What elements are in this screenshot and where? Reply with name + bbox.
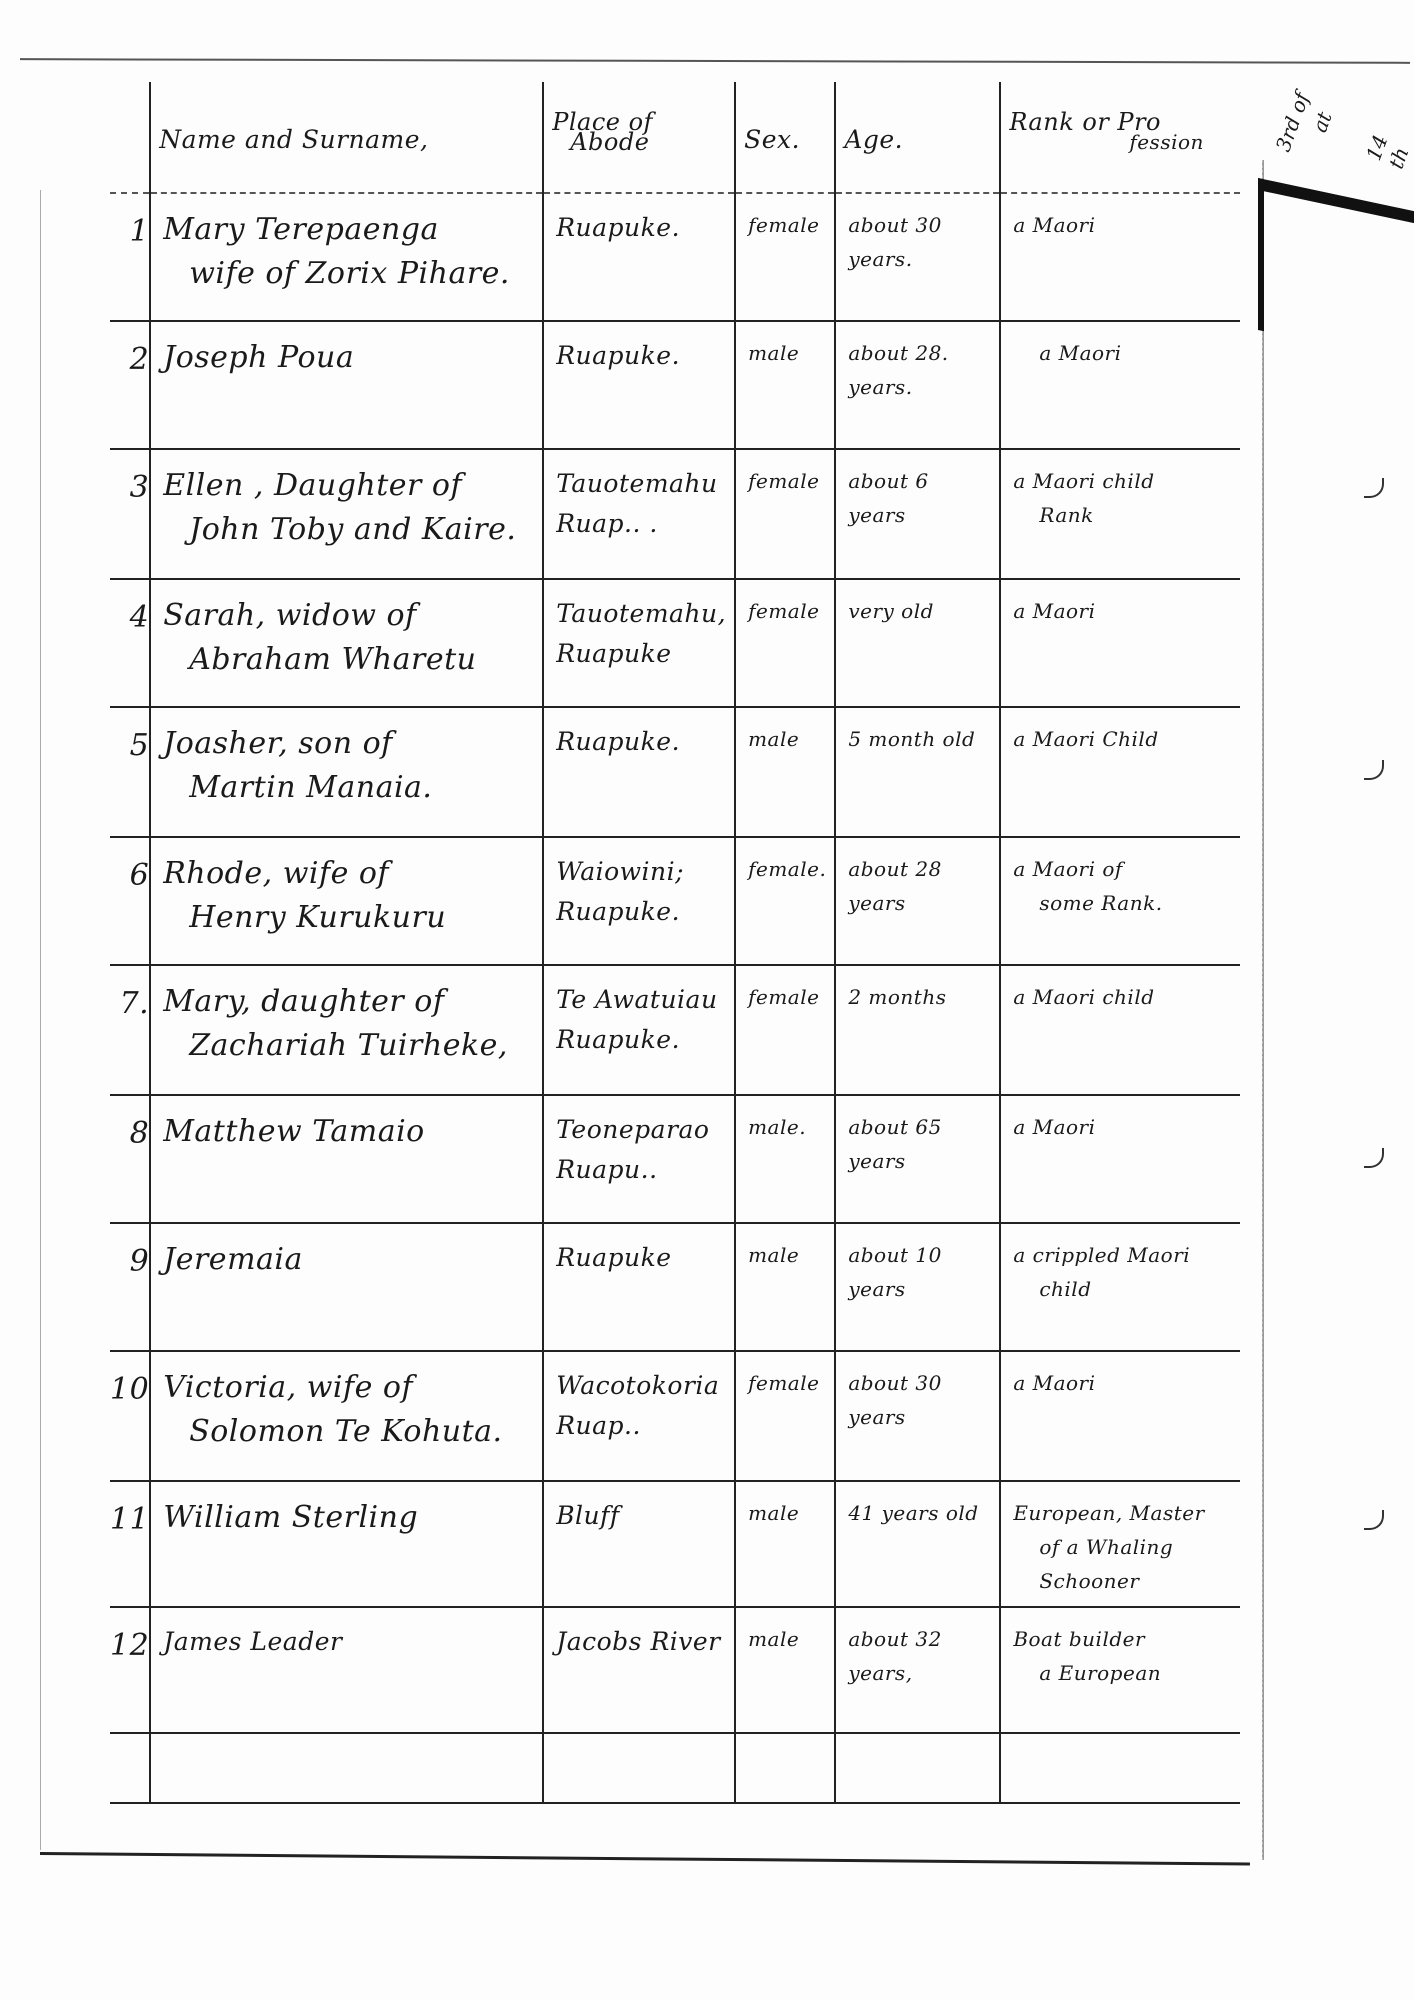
rank-line1: a Maori bbox=[1013, 1115, 1095, 1139]
rank-cell bbox=[1000, 1733, 1240, 1803]
age-line1: about 10 years bbox=[848, 1243, 942, 1301]
name-line1: Rhode, wife of bbox=[163, 856, 389, 891]
binding-hole-mark bbox=[1364, 1148, 1384, 1168]
sex-cell: male bbox=[735, 1481, 835, 1607]
age-cell bbox=[835, 1733, 1000, 1803]
name-line1: Joasher, son of bbox=[163, 726, 393, 761]
age-line1: 2 months bbox=[848, 985, 946, 1009]
name-line2: Henry Kurukuru bbox=[163, 896, 534, 940]
abode-cell: Bluff bbox=[543, 1481, 735, 1607]
age-cell: about 30 years bbox=[835, 1351, 1000, 1481]
rank-cell: European, Masterof a Whaling Schooner bbox=[1000, 1481, 1240, 1607]
rank-line2: child bbox=[1013, 1272, 1232, 1306]
age-line2: years. bbox=[848, 370, 991, 404]
rank-cell: a Maori bbox=[1000, 193, 1240, 321]
document-page: 3rd of at 14 th Name and Surname, Place … bbox=[0, 0, 1414, 2000]
name-line1: Victoria, wife of bbox=[163, 1370, 413, 1405]
age-cell: 2 months bbox=[835, 965, 1000, 1095]
table-row: 4Sarah, widow ofAbraham WharetuTauotemah… bbox=[110, 579, 1240, 707]
abode-cell: Ruapuke bbox=[543, 1223, 735, 1351]
abode-line1: Teoneparao bbox=[556, 1115, 709, 1144]
age-line1: about 6 years bbox=[848, 469, 928, 527]
name-cell: Rhode, wife ofHenry Kurukuru bbox=[150, 837, 543, 965]
name-line2: Abraham Wharetu bbox=[163, 638, 534, 682]
row-number-cell: 1 bbox=[110, 193, 150, 321]
header-rank: Rank or Profession bbox=[1000, 82, 1240, 193]
row-number-cell: 3 bbox=[110, 449, 150, 579]
age-cell: about 32 years, bbox=[835, 1607, 1000, 1733]
name-cell: James Leader bbox=[150, 1607, 543, 1733]
rank-line1: European, Master bbox=[1013, 1501, 1204, 1525]
abode-cell: Ruapuke. bbox=[543, 193, 735, 321]
sex-cell: male bbox=[735, 1607, 835, 1733]
sex-cell: female. bbox=[735, 837, 835, 965]
binding-hole-mark bbox=[1364, 1510, 1384, 1530]
age-cell: 5 month old bbox=[835, 707, 1000, 837]
abode-cell: Ruapuke. bbox=[543, 707, 735, 837]
name-cell: Mary Terepaengawife of Zorix Pihare. bbox=[150, 193, 543, 321]
rank-line1: a Maori child bbox=[1013, 469, 1154, 493]
abode-line2: Ruap.. bbox=[556, 1406, 726, 1446]
age-cell: about 28 years bbox=[835, 837, 1000, 965]
binding-hole-mark bbox=[1364, 478, 1384, 498]
header-age: Age. bbox=[835, 82, 1000, 193]
name-line2: Martin Manaia. bbox=[163, 766, 534, 810]
rank-cell: a Maori child bbox=[1000, 965, 1240, 1095]
table-row bbox=[110, 1733, 1240, 1803]
header-name: Name and Surname, bbox=[150, 82, 543, 193]
table-row: 1Mary Terepaengawife of Zorix Pihare.Rua… bbox=[110, 193, 1240, 321]
rank-line1: a Maori child bbox=[1013, 985, 1154, 1009]
abode-cell: Jacobs River bbox=[543, 1607, 735, 1733]
abode-line1: Wacotokoria bbox=[556, 1371, 719, 1400]
header-abode: Place ofAbode bbox=[543, 82, 735, 193]
name-cell: William Sterling bbox=[150, 1481, 543, 1607]
age-line1: about 30 bbox=[848, 213, 942, 237]
register-table: Name and Surname, Place ofAbode Sex. Age… bbox=[110, 82, 1240, 1804]
row-number-cell: 4 bbox=[110, 579, 150, 707]
top-rule bbox=[20, 58, 1410, 64]
folded-corner-mark bbox=[1258, 178, 1414, 365]
row-number-cell: 2 bbox=[110, 321, 150, 449]
abode-line2: Ruapuke. bbox=[556, 892, 726, 932]
abode-line1: Ruapuke bbox=[556, 1243, 671, 1272]
row-number-cell: 8 bbox=[110, 1095, 150, 1223]
name-line1: Ellen , Daughter of bbox=[163, 468, 462, 503]
table-row: 11William SterlingBluffmale41 years oldE… bbox=[110, 1481, 1240, 1607]
table-row: 3Ellen , Daughter ofJohn Toby and Kaire.… bbox=[110, 449, 1240, 579]
name-line2: Solomon Te Kohuta. bbox=[163, 1410, 534, 1454]
abode-line2: Ruapuke. bbox=[556, 1020, 726, 1060]
sex-cell: male bbox=[735, 1223, 835, 1351]
name-line1: Jeremaia bbox=[163, 1242, 303, 1277]
name-line1: Matthew Tamaio bbox=[163, 1114, 425, 1149]
abode-line1: Tauotemahu, bbox=[556, 599, 726, 628]
abode-line2: Ruapuke bbox=[556, 634, 726, 674]
name-cell: Matthew Tamaio bbox=[150, 1095, 543, 1223]
rank-line2: a Maori bbox=[1013, 336, 1232, 370]
abode-cell: Waiowini;Ruapuke. bbox=[543, 837, 735, 965]
margin-note: 3rd of at 14 th bbox=[1262, 70, 1412, 180]
name-cell: Victoria, wife ofSolomon Te Kohuta. bbox=[150, 1351, 543, 1481]
abode-line1: Te Awatuiau bbox=[556, 985, 717, 1014]
rank-cell: a Maori bbox=[1000, 321, 1240, 449]
name-line1: Mary, daughter of bbox=[163, 984, 444, 1019]
age-cell: very old bbox=[835, 579, 1000, 707]
age-cell: about 10 years bbox=[835, 1223, 1000, 1351]
row-number-cell: 5 bbox=[110, 707, 150, 837]
left-edge-line bbox=[40, 190, 41, 1850]
rank-cell: a Maori bbox=[1000, 1095, 1240, 1223]
abode-cell: WacotokoriaRuap.. bbox=[543, 1351, 735, 1481]
name-line1: William Sterling bbox=[163, 1500, 418, 1535]
name-line1: James Leader bbox=[163, 1627, 342, 1656]
row-number-cell: 11 bbox=[110, 1481, 150, 1607]
name-line2: wife of Zorix Pihare. bbox=[163, 252, 534, 296]
rank-line1: a Maori of bbox=[1013, 857, 1122, 881]
age-cell: about 30years. bbox=[835, 193, 1000, 321]
header-no bbox=[110, 82, 150, 193]
name-line1: Joseph Poua bbox=[163, 340, 354, 375]
table-row: 9JeremaiaRuapukemaleabout 10 yearsa crip… bbox=[110, 1223, 1240, 1351]
age-cell: about 28.years. bbox=[835, 321, 1000, 449]
header-row: Name and Surname, Place ofAbode Sex. Age… bbox=[110, 82, 1240, 193]
name-line2: Zachariah Tuirheke, bbox=[163, 1024, 534, 1068]
age-line1: about 32 years, bbox=[848, 1627, 942, 1685]
age-cell: about 6 years bbox=[835, 449, 1000, 579]
margin-note-line2: at bbox=[1307, 109, 1336, 136]
abode-line1: Bluff bbox=[556, 1501, 619, 1530]
abode-line1: Waiowini; bbox=[556, 857, 684, 886]
table-row: 12James LeaderJacobs Rivermaleabout 32 y… bbox=[110, 1607, 1240, 1733]
name-line1: Sarah, widow of bbox=[163, 598, 416, 633]
rank-cell: a Maori bbox=[1000, 579, 1240, 707]
age-line1: about 28. bbox=[848, 341, 948, 365]
abode-cell bbox=[543, 1733, 735, 1803]
sex-cell: female bbox=[735, 579, 835, 707]
rank-cell: a Maori Child bbox=[1000, 707, 1240, 837]
table-row: 5Joasher, son ofMartin Manaia.Ruapuke.ma… bbox=[110, 707, 1240, 837]
rank-cell: a Maori childRank bbox=[1000, 449, 1240, 579]
binding-hole-mark bbox=[1364, 760, 1384, 780]
table-row: 8Matthew TamaioTeoneparaoRuapu..male.abo… bbox=[110, 1095, 1240, 1223]
name-cell: Ellen , Daughter ofJohn Toby and Kaire. bbox=[150, 449, 543, 579]
age-line1: about 30 years bbox=[848, 1371, 942, 1429]
row-number-cell: 6 bbox=[110, 837, 150, 965]
row-number-cell: 7. bbox=[110, 965, 150, 1095]
table-row: 6Rhode, wife ofHenry KurukuruWaiowini;Ru… bbox=[110, 837, 1240, 965]
name-line1: Mary Terepaenga bbox=[163, 212, 439, 247]
abode-cell: Tauotemahu,Ruapuke bbox=[543, 579, 735, 707]
age-line1: very old bbox=[848, 599, 934, 623]
table-row: 10Victoria, wife ofSolomon Te Kohuta.Wac… bbox=[110, 1351, 1240, 1481]
abode-line1: Tauotemahu bbox=[556, 469, 717, 498]
abode-line1: Ruapuke. bbox=[556, 213, 680, 242]
rank-line2: of a Whaling Schooner bbox=[1013, 1530, 1232, 1598]
abode-line1: Ruapuke. bbox=[556, 341, 680, 370]
name-cell bbox=[150, 1733, 543, 1803]
age-line2: years. bbox=[848, 242, 991, 276]
table-row: 7.Mary, daughter ofZachariah Tuirheke,Te… bbox=[110, 965, 1240, 1095]
age-line1: about 28 years bbox=[848, 857, 942, 915]
abode-cell: Te AwatuiauRuapuke. bbox=[543, 965, 735, 1095]
name-cell: Joasher, son ofMartin Manaia. bbox=[150, 707, 543, 837]
abode-cell: Ruapuke. bbox=[543, 321, 735, 449]
row-number-cell bbox=[110, 1733, 150, 1803]
bottom-rule bbox=[40, 1852, 1250, 1866]
rank-cell: a crippled Maorichild bbox=[1000, 1223, 1240, 1351]
sex-cell: female bbox=[735, 965, 835, 1095]
rank-cell: a Maori ofsome Rank. bbox=[1000, 837, 1240, 965]
age-line1: 5 month old bbox=[848, 727, 975, 751]
rank-line1: a Maori bbox=[1013, 213, 1095, 237]
rank-line1: a crippled Maori bbox=[1013, 1243, 1190, 1267]
age-cell: about 65 years bbox=[835, 1095, 1000, 1223]
right-edge-line bbox=[1262, 160, 1264, 1860]
rank-cell: a Maori bbox=[1000, 1351, 1240, 1481]
sex-cell: male bbox=[735, 321, 835, 449]
name-cell: Joseph Poua bbox=[150, 321, 543, 449]
sex-cell: female bbox=[735, 1351, 835, 1481]
rank-line2: some Rank. bbox=[1013, 886, 1232, 920]
table-row: 2Joseph PouaRuapuke.maleabout 28.years.a… bbox=[110, 321, 1240, 449]
row-number-cell: 10 bbox=[110, 1351, 150, 1481]
age-line1: 41 years old bbox=[848, 1501, 978, 1525]
sex-cell: female bbox=[735, 449, 835, 579]
abode-cell: TauotemahuRuap.. . bbox=[543, 449, 735, 579]
header-sex: Sex. bbox=[735, 82, 835, 193]
name-cell: Mary, daughter ofZachariah Tuirheke, bbox=[150, 965, 543, 1095]
name-line2: John Toby and Kaire. bbox=[163, 508, 534, 552]
sex-cell: female bbox=[735, 193, 835, 321]
name-cell: Jeremaia bbox=[150, 1223, 543, 1351]
rank-line2: a European bbox=[1013, 1656, 1232, 1690]
rank-line1: a Maori bbox=[1013, 1371, 1095, 1395]
sex-cell: male bbox=[735, 707, 835, 837]
rank-line1: Boat builder bbox=[1013, 1627, 1145, 1651]
age-line1: about 65 years bbox=[848, 1115, 942, 1173]
sex-cell: male. bbox=[735, 1095, 835, 1223]
rank-line1: a Maori Child bbox=[1013, 727, 1158, 751]
abode-line1: Jacobs River bbox=[556, 1627, 720, 1656]
margin-note-line1: 3rd of bbox=[1271, 89, 1314, 154]
name-cell: Sarah, widow ofAbraham Wharetu bbox=[150, 579, 543, 707]
rank-line2: Rank bbox=[1013, 498, 1232, 532]
row-number-cell: 12 bbox=[110, 1607, 150, 1733]
rank-line1: a Maori bbox=[1013, 599, 1095, 623]
age-cell: 41 years old bbox=[835, 1481, 1000, 1607]
abode-line1: Ruapuke. bbox=[556, 727, 680, 756]
margin-note-line3: 14 th bbox=[1361, 116, 1414, 172]
abode-line2: Ruap.. . bbox=[556, 504, 726, 544]
abode-line2: Ruapu.. bbox=[556, 1150, 726, 1190]
abode-cell: TeoneparaoRuapu.. bbox=[543, 1095, 735, 1223]
rank-cell: Boat buildera European bbox=[1000, 1607, 1240, 1733]
row-number-cell: 9 bbox=[110, 1223, 150, 1351]
sex-cell bbox=[735, 1733, 835, 1803]
